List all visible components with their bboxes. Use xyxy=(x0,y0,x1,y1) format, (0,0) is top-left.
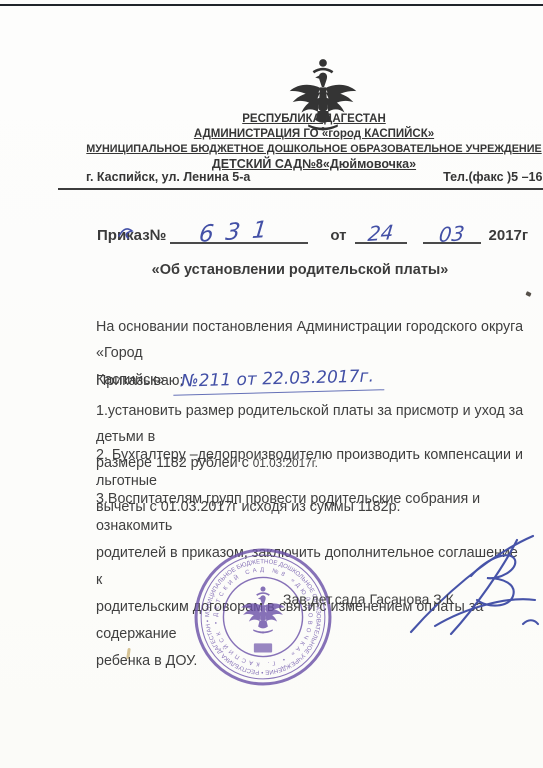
stamp-eagle-icon xyxy=(241,586,285,633)
handwritten-month: 03 xyxy=(438,221,466,247)
scanned-order-document: РЕСПУБЛИКА ДАГЕСТАН АДМИНИСТРАЦИЯ ГО «го… xyxy=(0,0,543,768)
handwritten-day: 24 xyxy=(367,220,395,246)
ink-squiggle xyxy=(116,223,140,241)
address-row: г. Каспийск, ул. Ленина 5-а Тел.(факс )5… xyxy=(58,170,543,190)
stamp-ribbon xyxy=(254,643,272,652)
order-day-blank: 24 xyxy=(355,218,407,244)
handwritten-resolution-ref: №211 от 22.03.2017г. xyxy=(172,363,384,396)
document-title: «Об установлении родительской платы» xyxy=(60,262,540,278)
command-word: Приказываю: xyxy=(96,368,184,394)
scan-speck xyxy=(525,291,531,297)
phone-text: Тел.(факс )5 –16 -94 xyxy=(443,170,543,184)
order-number-blank: 631 xyxy=(170,216,308,244)
order-month-blank: 03 xyxy=(423,218,481,244)
round-stamp: МУНИЦИПАЛЬНОЕ БЮДЖЕТНОЕ ДОШКОЛЬНОЕ ОБРАЗ… xyxy=(192,546,334,688)
handwritten-order-number: 631 xyxy=(198,216,280,248)
letterhead-kindergarten: ДЕТСКИЙ САД№8«Дюймовочка» xyxy=(58,157,543,171)
scanner-edge-line xyxy=(0,4,543,6)
basis-line1: На основании постановления Администрации… xyxy=(96,314,526,366)
order-number-line: Приказ№ 631 от 24 03 2017г xyxy=(97,216,528,244)
letterhead-republic: РЕСПУБЛИКА ДАГЕСТАН xyxy=(58,112,543,126)
order-from-label: от xyxy=(330,227,346,244)
address-text: г. Каспийск, ул. Ленина 5-а xyxy=(86,170,250,184)
order-year: 2017г xyxy=(489,227,529,244)
letterhead: РЕСПУБЛИКА ДАГЕСТАН АДМИНИСТРАЦИЯ ГО «го… xyxy=(58,112,543,172)
signature-title: Зав.дет.сада Гасанова З.К xyxy=(283,591,454,607)
letterhead-administration: АДМИНИСТРАЦИЯ ГО «город КАСПИЙСК» xyxy=(58,127,543,141)
letterhead-institution: МУНИЦИПАЛЬНОЕ БЮДЖЕТНОЕ ДОШКОЛЬНОЕ ОБРАЗ… xyxy=(58,142,543,156)
